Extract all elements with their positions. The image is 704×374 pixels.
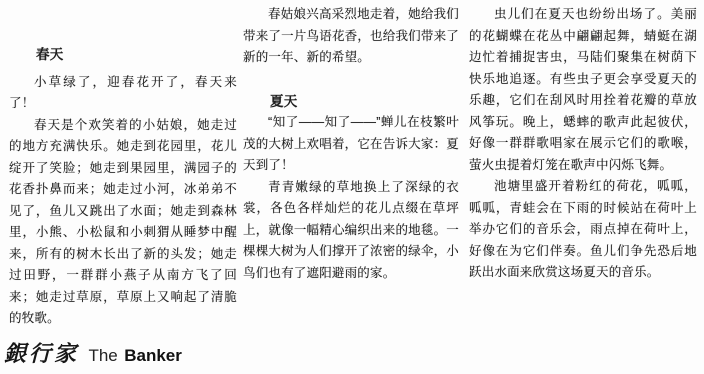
text-column-3: 虫儿们在夏天也纷纷出场了。美丽的花蝴蝶在花丛中翩翩起舞，蜻蜓在湖边忙着捕捉害虫，… bbox=[469, 4, 697, 284]
text-column-2: 春姑娘兴高采烈地走着，她给我们带来了一片鸟语花香，也给我们带来了新的一年、新的希… bbox=[243, 4, 459, 284]
paragraph: 虫儿们在夏天也纷纷出场了。美丽的花蝴蝶在花丛中翩翩起舞，蜻蜓在湖边忙着捕捉害虫，… bbox=[469, 4, 697, 176]
the-banker-logo: 銀行家 The Banker bbox=[4, 337, 182, 368]
paragraph: 青青嫩绿的草地换上了深绿的衣裳，各色各样灿烂的花儿点缀在草坪上，就像一幅精心编织… bbox=[243, 177, 459, 285]
text-column-1: 春天 小草绿了，迎春花开了，春天来了！ 春天是个欢笑着的小姑娘，她走过的地方充满… bbox=[9, 44, 237, 330]
paragraph: 春姑娘兴高采烈地走着，她给我们带来了一片鸟语花香，也给我们带来了新的一年、新的希… bbox=[243, 4, 459, 69]
paragraph: 小草绿了，迎春花开了，春天来了！ bbox=[9, 72, 237, 115]
paragraph: “知了——知了——”蝉儿在枝繁叶茂的大树上欢唱着，它在告诉大家：夏天到了！ bbox=[243, 112, 459, 177]
paragraph: 春天是个欢笑着的小姑娘，她走过的地方充满快乐。她走到花园里，花儿绽开了笑脸；她走… bbox=[9, 115, 237, 330]
scanned-document-page: 春天 小草绿了，迎春花开了，春天来了！ 春天是个欢笑着的小姑娘，她走过的地方充满… bbox=[0, 0, 704, 374]
section-heading-spring: 春天 bbox=[9, 44, 237, 66]
section-heading-summer: 夏天 bbox=[243, 91, 459, 113]
logo-chinese-calligraphy-text: 銀行家 bbox=[4, 341, 79, 367]
logo-banker-text: Banker bbox=[124, 346, 182, 365]
paragraph: 池塘里盛开着粉红的荷花，呱呱，呱呱，青蛙会在下雨的时候站在荷叶上举办它们的音乐会… bbox=[469, 176, 697, 284]
logo-the-text: The bbox=[88, 346, 117, 365]
